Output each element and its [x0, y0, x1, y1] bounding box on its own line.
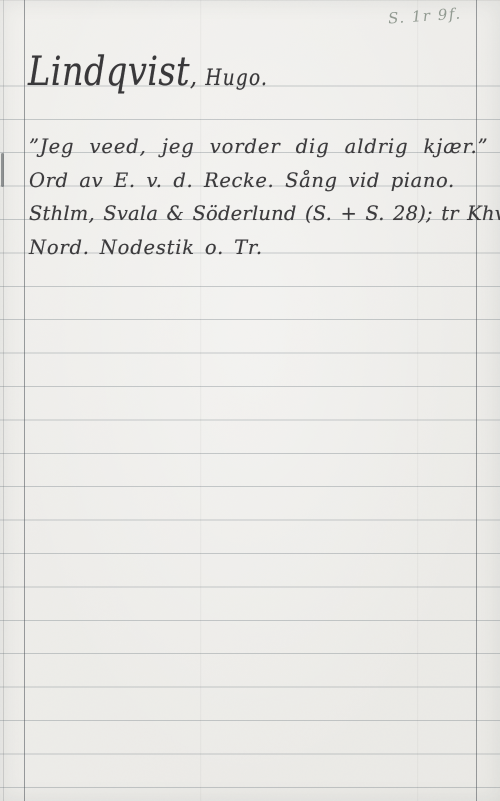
publisher-line: Sthlm, Svala & Söderlund (S. + S. 28); t… [29, 204, 500, 224]
paper-crease [200, 0, 202, 801]
catalog-heading: Lindqvist,Hugo. [28, 52, 268, 92]
credits-line: Ord av E. v. d. Recke. Sång vid piano. [29, 171, 455, 191]
heading-separator: , [190, 62, 197, 92]
edge-ink-mark [1, 153, 4, 187]
plate-line: Nord. Nodestik o. Tr. [29, 238, 263, 258]
title-quote-line: ”Jeg veed, jeg vorder dig aldrig kjær.” [29, 137, 489, 157]
ruled-lines [0, 53, 500, 789]
paper-edge-line [3, 0, 4, 801]
shelfmark-annotation: S. 1r 9f. [387, 4, 462, 27]
right-margin-line [476, 0, 477, 801]
heading-forename: Hugo. [205, 66, 268, 91]
paper-texture [0, 0, 500, 801]
left-margin-line [24, 0, 25, 801]
paper-crease [417, 0, 419, 801]
catalog-card: S. 1r 9f. Lindqvist,Hugo. ”Jeg veed, jeg… [0, 0, 500, 801]
heading-surname: Lindqvist [28, 49, 190, 95]
